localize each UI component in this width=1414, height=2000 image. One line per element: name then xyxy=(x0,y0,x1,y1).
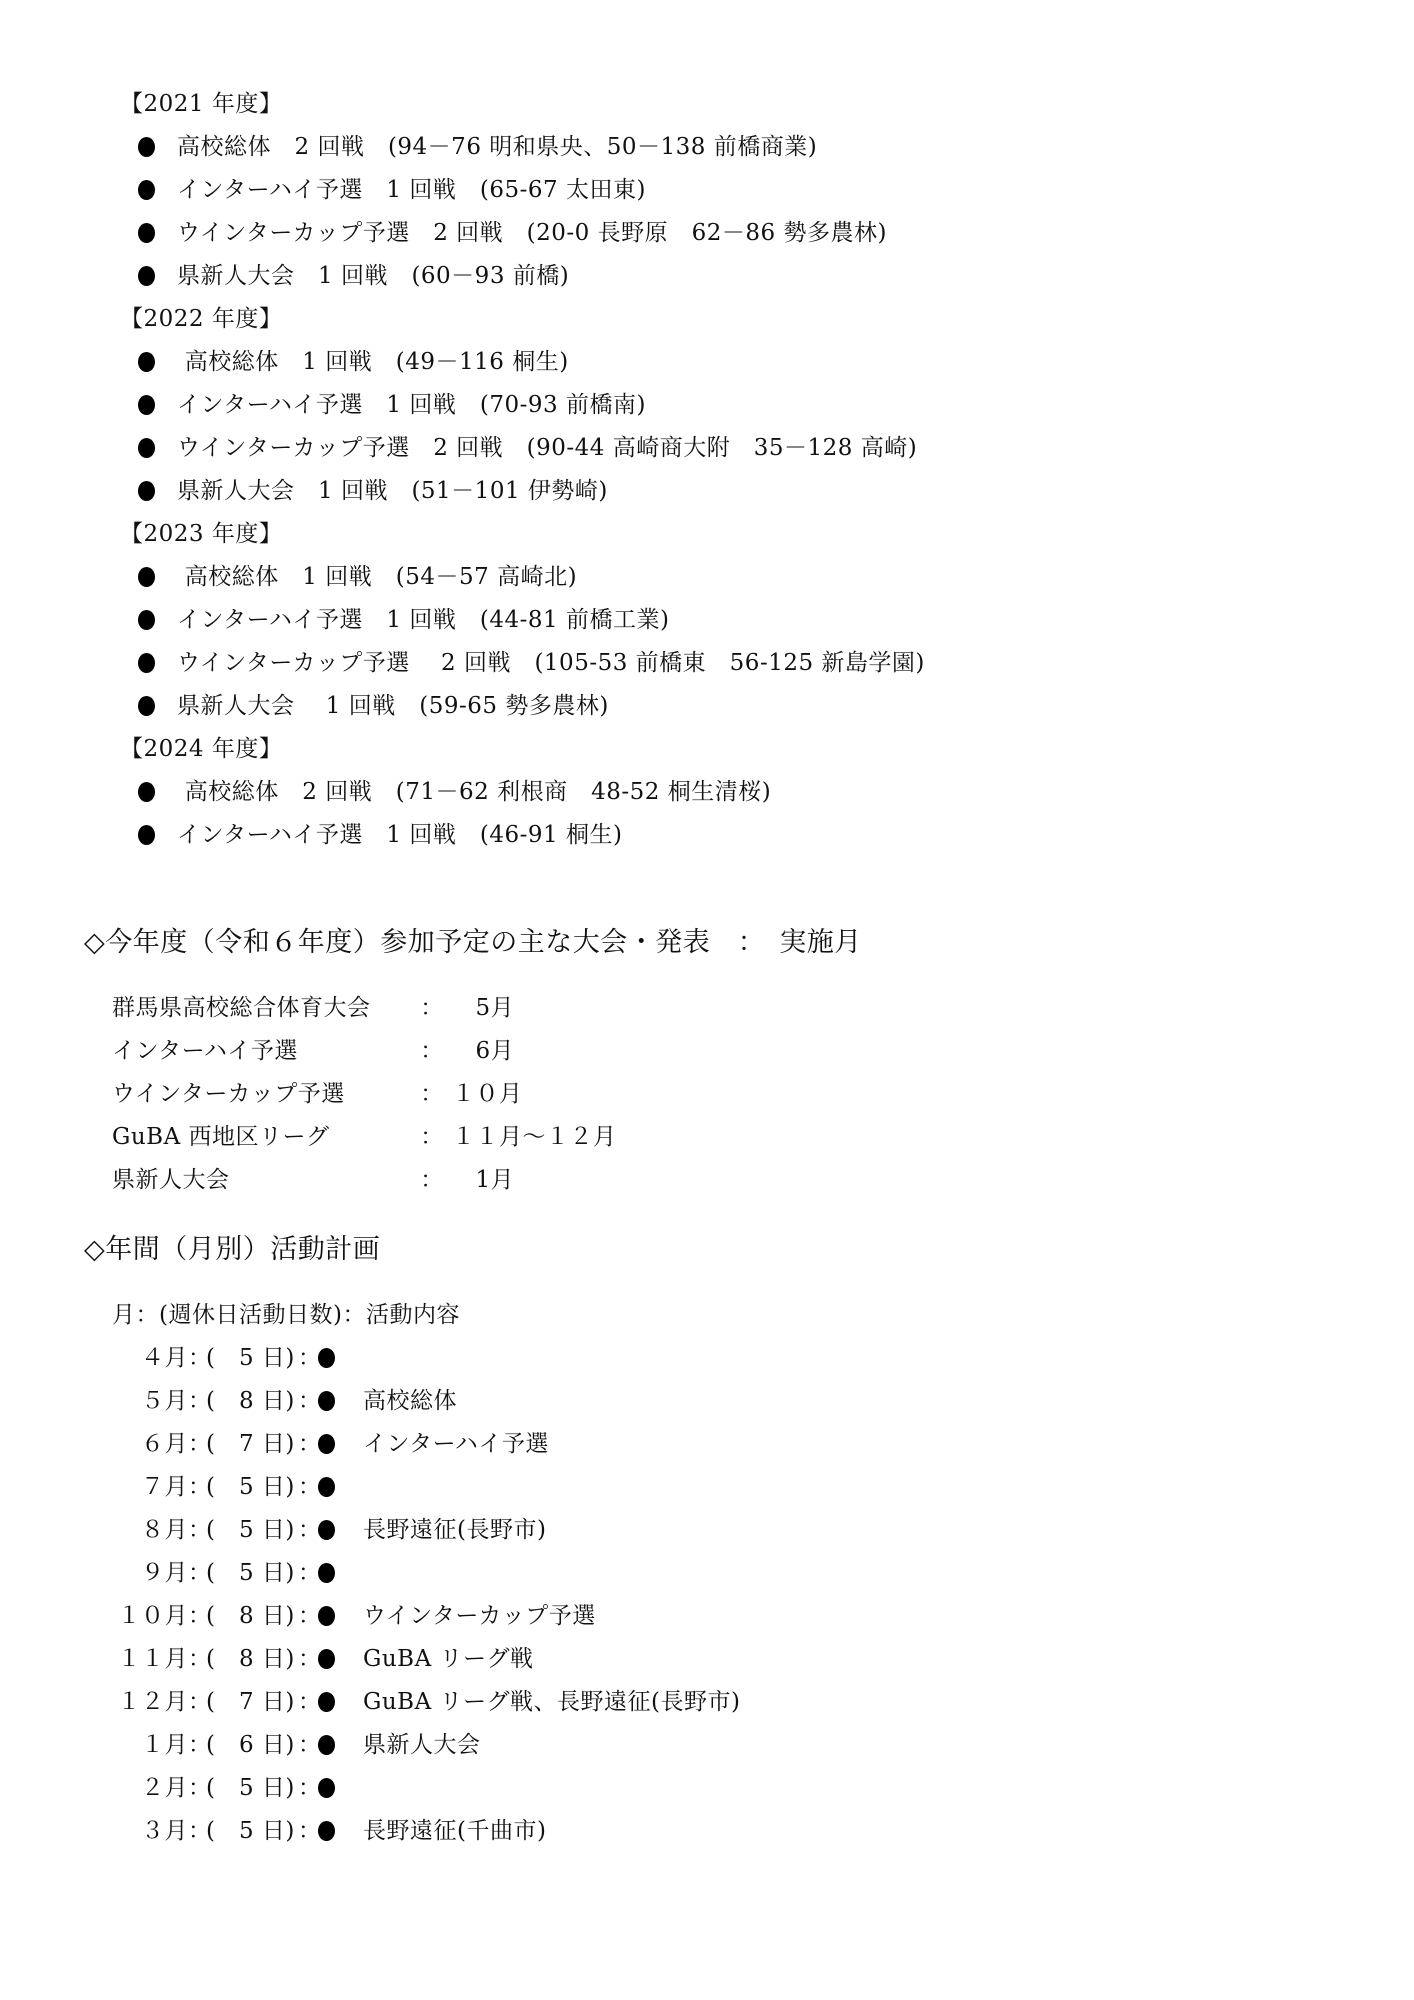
year-heading-2024: 【2024 年度】 xyxy=(120,734,282,764)
result-item: 県新人大会 1 回戦 (59-65 勢多農林) xyxy=(138,691,609,721)
bullet-icon xyxy=(138,266,155,286)
result-item: ウインターカップ予選 2 回戦 (90-44 高崎商大附 35－128 高崎) xyxy=(138,433,917,463)
bullet-icon xyxy=(138,137,155,157)
bullet-icon xyxy=(138,782,155,802)
plan-row: ７月：( 5 日)： xyxy=(88,1472,363,1502)
bullet-icon xyxy=(138,653,155,673)
bullet-icon xyxy=(318,1735,335,1755)
result-item: ウインターカップ予選 2 回戦 (20-0 長野原 62－86 勢多農林) xyxy=(138,218,887,248)
result-item: 高校総体 2 回戦 (71－62 利根商 48-52 桐生清桜) xyxy=(138,777,771,807)
result-item: インターハイ予選 1 回戦 (65-67 太田東) xyxy=(138,175,646,205)
plan-row: ２月：( 5 日)： xyxy=(88,1773,363,1803)
bullet-icon xyxy=(138,180,155,200)
event-row: 県新人大会： 1月 xyxy=(112,1165,514,1195)
plan-row: ４月：( 5 日)： xyxy=(88,1343,363,1373)
bullet-icon xyxy=(318,1606,335,1626)
annual-plan-column-header: 月：(週休日活動日数)：活動内容 xyxy=(112,1300,460,1330)
plan-row: １０月：( 8 日)：ウインターカップ予選 xyxy=(88,1601,596,1631)
event-row: GuBA 西地区リーグ：１１月～１２月 xyxy=(112,1122,617,1152)
year-heading-2021: 【2021 年度】 xyxy=(120,89,282,119)
bullet-icon xyxy=(318,1563,335,1583)
event-row: ウインターカップ予選：１０月 xyxy=(112,1079,523,1109)
result-item: 高校総体 2 回戦 (94－76 明和県央、50－138 前橋商業) xyxy=(138,132,817,162)
bullet-icon xyxy=(138,223,155,243)
plan-row: ３月：( 5 日)：長野遠征(千曲市) xyxy=(88,1816,546,1846)
result-item: インターハイ予選 1 回戦 (46-91 桐生) xyxy=(138,820,622,850)
bullet-icon xyxy=(138,481,155,501)
result-item: ウインターカップ予選 2 回戦 (105-53 前橋東 56-125 新島学園) xyxy=(138,648,925,678)
bullet-icon xyxy=(318,1778,335,1798)
bullet-icon xyxy=(318,1348,335,1368)
document-page: 【2021 年度】 高校総体 2 回戦 (94－76 明和県央、50－138 前… xyxy=(0,0,1414,2000)
bullet-icon xyxy=(138,825,155,845)
planned-events-heading: ◇今年度（令和６年度）参加予定の主な大会・発表 ： 実施月 xyxy=(84,925,862,961)
result-item: 県新人大会 1 回戦 (60－93 前橋) xyxy=(138,261,569,291)
bullet-icon xyxy=(318,1649,335,1669)
bullet-icon xyxy=(318,1391,335,1411)
bullet-icon xyxy=(138,610,155,630)
bullet-icon xyxy=(318,1477,335,1497)
bullet-icon xyxy=(138,352,155,372)
annual-plan-heading: ◇年間（月別）活動計画 xyxy=(84,1232,380,1268)
year-heading-2022: 【2022 年度】 xyxy=(120,304,282,334)
result-item: インターハイ予選 1 回戦 (44-81 前橋工業) xyxy=(138,605,669,635)
plan-row: ９月：( 5 日)： xyxy=(88,1558,363,1588)
plan-row: ６月：( 7 日)：インターハイ予選 xyxy=(88,1429,549,1459)
plan-row: １２月：( 7 日)：GuBA リーグ戦、長野遠征(長野市) xyxy=(88,1687,740,1717)
bullet-icon xyxy=(318,1434,335,1454)
bullet-icon xyxy=(138,696,155,716)
result-item: インターハイ予選 1 回戦 (70-93 前橋南) xyxy=(138,390,646,420)
bullet-icon xyxy=(138,567,155,587)
bullet-icon xyxy=(138,438,155,458)
event-row: 群馬県高校総合体育大会： 5月 xyxy=(112,993,514,1023)
result-item: 高校総体 1 回戦 (49－116 桐生) xyxy=(138,347,569,377)
plan-row: ８月：( 5 日)：長野遠征(長野市) xyxy=(88,1515,546,1545)
year-heading-2023: 【2023 年度】 xyxy=(120,519,282,549)
plan-row: １月：( 6 日)：県新人大会 xyxy=(88,1730,481,1760)
result-item: 県新人大会 1 回戦 (51－101 伊勢崎) xyxy=(138,476,608,506)
bullet-icon xyxy=(318,1692,335,1712)
plan-row: １１月：( 8 日)：GuBA リーグ戦 xyxy=(88,1644,534,1674)
bullet-icon xyxy=(318,1520,335,1540)
event-row: インターハイ予選： 6月 xyxy=(112,1036,514,1066)
bullet-icon xyxy=(138,395,155,415)
bullet-icon xyxy=(318,1821,335,1841)
plan-row: ５月：( 8 日)：高校総体 xyxy=(88,1386,457,1416)
result-item: 高校総体 1 回戦 (54－57 高崎北) xyxy=(138,562,577,592)
